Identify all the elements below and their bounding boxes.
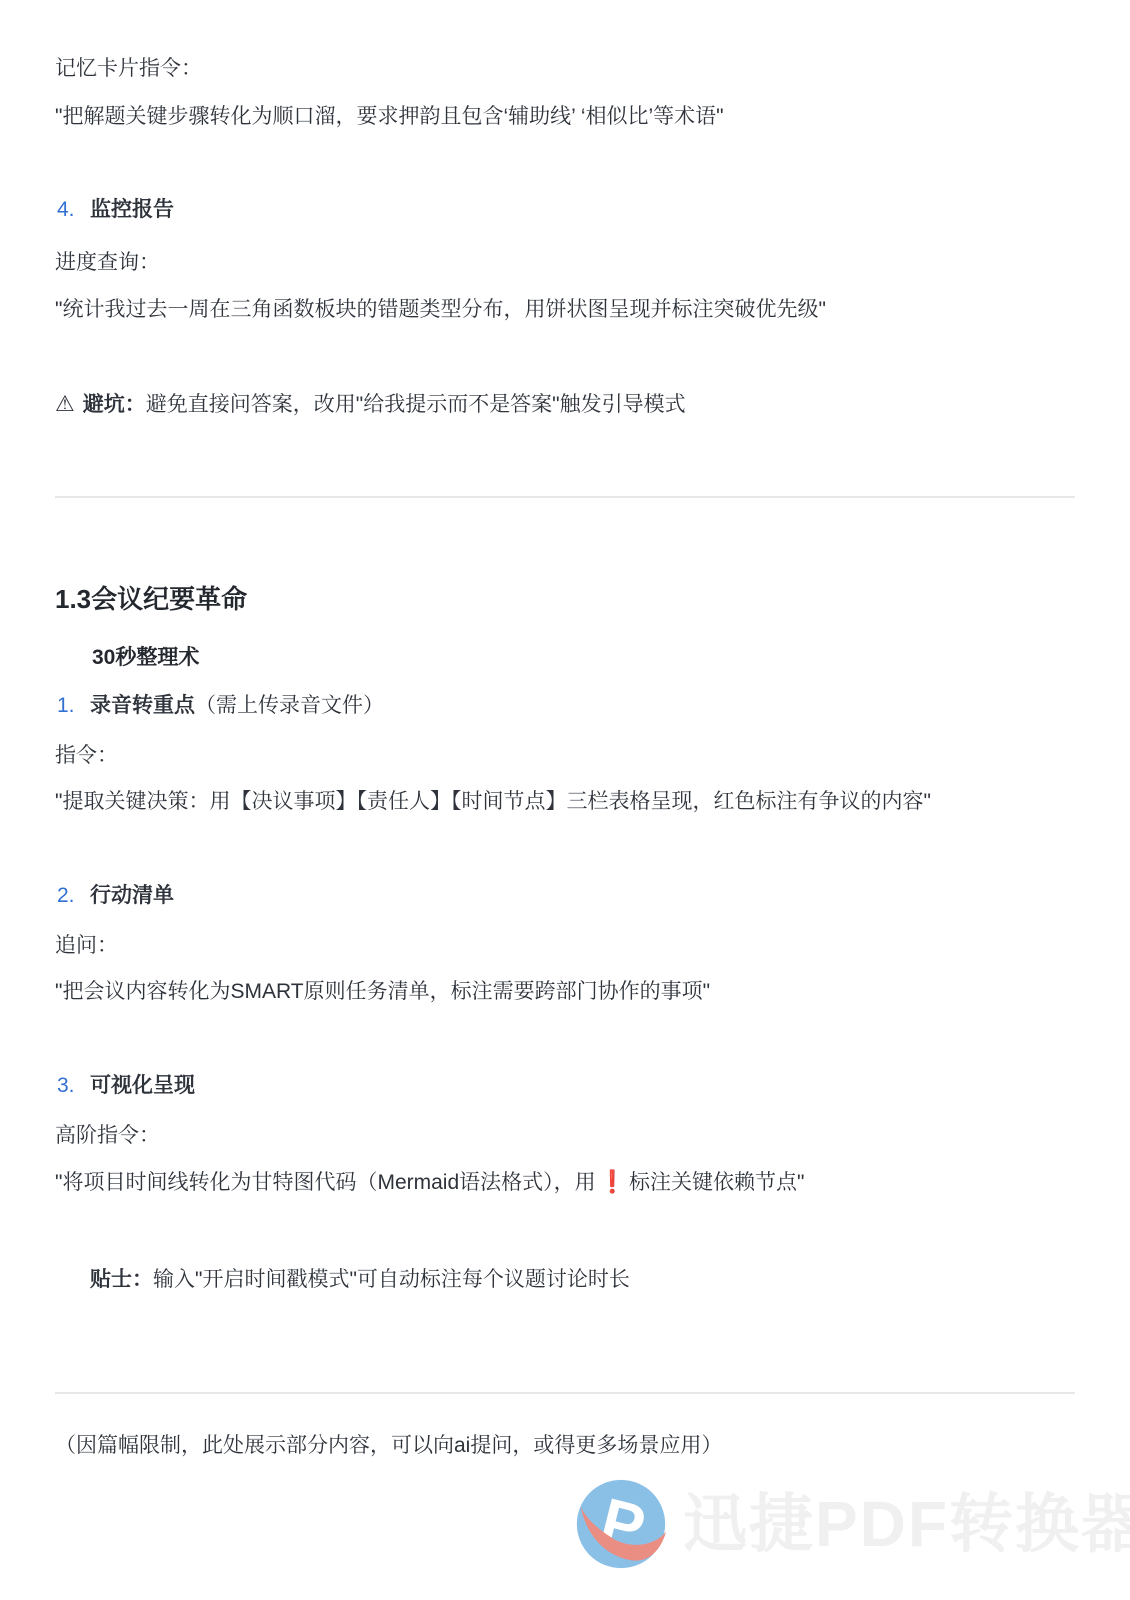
- instruction-quote: "提取关键决策：用【决议事项】【责任人】【时间节点】三栏表格呈现，红色标注有争议…: [55, 788, 931, 816]
- section-divider: [55, 1392, 1075, 1394]
- list-item-monitor-report: 4.监控报告: [57, 196, 174, 224]
- section-subheading: 30秒整理术: [92, 644, 199, 672]
- instruction-label: 指令：: [55, 742, 118, 770]
- followup-label: 追问：: [55, 932, 118, 960]
- document-page: 记忆卡片指令： "把解题关键步骤转化为顺口溜，要求押韵且包含‘辅助线’ ‘相似比…: [0, 0, 1130, 1600]
- section-heading: 1.3会议纪要革命: [55, 583, 247, 615]
- progress-query-quote: "统计我过去一周在三角函数板块的错题类型分布，用饼状图呈现并标注突破优先级": [55, 296, 826, 324]
- list-item-title: 行动清单: [90, 884, 174, 907]
- list-item-audio-to-keypoints: 1.录音转重点（需上传录音文件）: [57, 692, 384, 720]
- pitfall-text: 避免直接问答案，改用"给我提示而不是答案"触发引导模式: [146, 393, 686, 416]
- list-number: 3.: [57, 1072, 90, 1100]
- warning-icon: ⚠: [55, 391, 75, 416]
- memory-card-quote: "把解题关键步骤转化为顺口溜，要求押韵且包含‘辅助线’ ‘相似比’等术语": [55, 103, 724, 131]
- list-item-title: 录音转重点: [90, 694, 195, 717]
- list-number: 4.: [57, 196, 90, 224]
- quote-text-before: "将项目时间线转化为甘特图代码（Mermaid语法格式），用: [55, 1171, 596, 1194]
- list-item-suffix: （需上传录音文件）: [195, 694, 384, 717]
- list-item-visualization: 3.可视化呈现: [57, 1072, 195, 1100]
- list-number: 1.: [57, 692, 90, 720]
- progress-query-label: 进度查询：: [55, 249, 160, 277]
- list-item-action-list: 2.行动清单: [57, 882, 174, 910]
- list-item-title: 可视化呈现: [90, 1074, 195, 1097]
- pitfall-label: 避坑：: [83, 393, 146, 416]
- tip-text: 输入"开启时间戳模式"可自动标注每个议题讨论时长: [153, 1268, 630, 1291]
- advanced-instruction-label: 高阶指令：: [55, 1122, 160, 1150]
- list-item-title: 监控报告: [90, 198, 174, 221]
- watermark: P 迅捷PDF转换器: [573, 1476, 1130, 1572]
- pdf-converter-logo: P: [573, 1476, 669, 1572]
- list-number: 2.: [57, 882, 90, 910]
- memory-card-label: 记忆卡片指令：: [55, 55, 202, 83]
- footer-note: （因篇幅限制，此处展示部分内容，可以向ai提问，或得更多场景应用）: [55, 1432, 722, 1460]
- watermark-text: 迅捷PDF转换器: [683, 1476, 1130, 1572]
- section-divider: [55, 496, 1075, 498]
- quote-text-after: 标注关键依赖节点": [629, 1171, 804, 1194]
- pitfall-note: ⚠避坑：避免直接问答案，改用"给我提示而不是答案"触发引导模式: [55, 390, 686, 419]
- red-exclamation-icon: ❗: [596, 1169, 629, 1194]
- followup-quote: "把会议内容转化为SMART原则任务清单，标注需要跨部门协作的事项": [55, 978, 710, 1006]
- tip-label: 贴士：: [90, 1268, 153, 1291]
- tip-note: 贴士：输入"开启时间戳模式"可自动标注每个议题讨论时长: [90, 1266, 630, 1294]
- advanced-instruction-quote: "将项目时间线转化为甘特图代码（Mermaid语法格式），用❗标注关键依赖节点": [55, 1168, 805, 1197]
